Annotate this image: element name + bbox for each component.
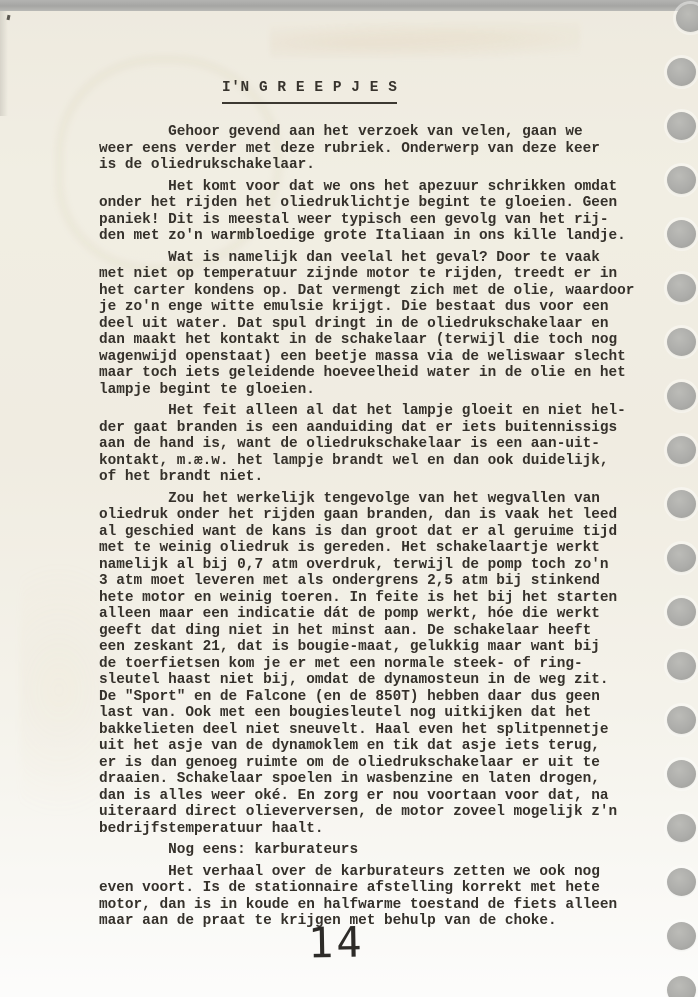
binder-hole	[667, 436, 696, 464]
article-title: I'N G R E E P J E S	[222, 80, 397, 104]
binder-hole	[667, 58, 696, 86]
binder-hole	[667, 814, 696, 842]
body-paragraph: Zou het werkelijk tengevolge van het weg…	[99, 491, 647, 838]
binder-hole	[667, 706, 696, 734]
body-paragraph: Wat is namelijk dan veelal het geval? Do…	[99, 250, 647, 399]
corner-ink-mark	[7, 15, 11, 21]
page-number: 14	[308, 918, 365, 968]
body-paragraph: Het komt voor dat we ons het apezuur sch…	[99, 179, 647, 245]
body-paragraph: Gehoor gevend aan het verzoek van velen,…	[99, 124, 647, 174]
binder-hole	[667, 544, 696, 572]
binder-hole	[667, 976, 696, 997]
article-body: Gehoor gevend aan het verzoek van velen,…	[99, 124, 647, 935]
binder-hole	[667, 598, 696, 626]
scan-left-edge	[0, 11, 8, 116]
scan-top-edge	[0, 0, 698, 11]
binder-hole	[667, 652, 696, 680]
binder-hole	[667, 922, 696, 950]
document-page: I'N G R E E P J E S Gehoor gevend aan he…	[0, 0, 698, 997]
binder-hole	[667, 382, 696, 410]
binder-hole	[667, 166, 696, 194]
binder-hole	[667, 490, 696, 518]
binder-hole	[667, 868, 696, 896]
binder-hole	[667, 112, 696, 140]
bleed-through-marks	[270, 22, 580, 58]
binder-hole	[676, 4, 698, 32]
body-paragraph: Het feit alleen al dat het lampje gloeit…	[99, 403, 647, 486]
binder-hole	[667, 328, 696, 356]
body-paragraph: Het verhaal over de karburateurs zetten …	[99, 864, 647, 930]
binder-hole	[667, 760, 696, 788]
section-subheading: Nog eens: karburateurs	[99, 842, 647, 859]
binder-hole	[667, 274, 696, 302]
binder-hole	[667, 220, 696, 248]
